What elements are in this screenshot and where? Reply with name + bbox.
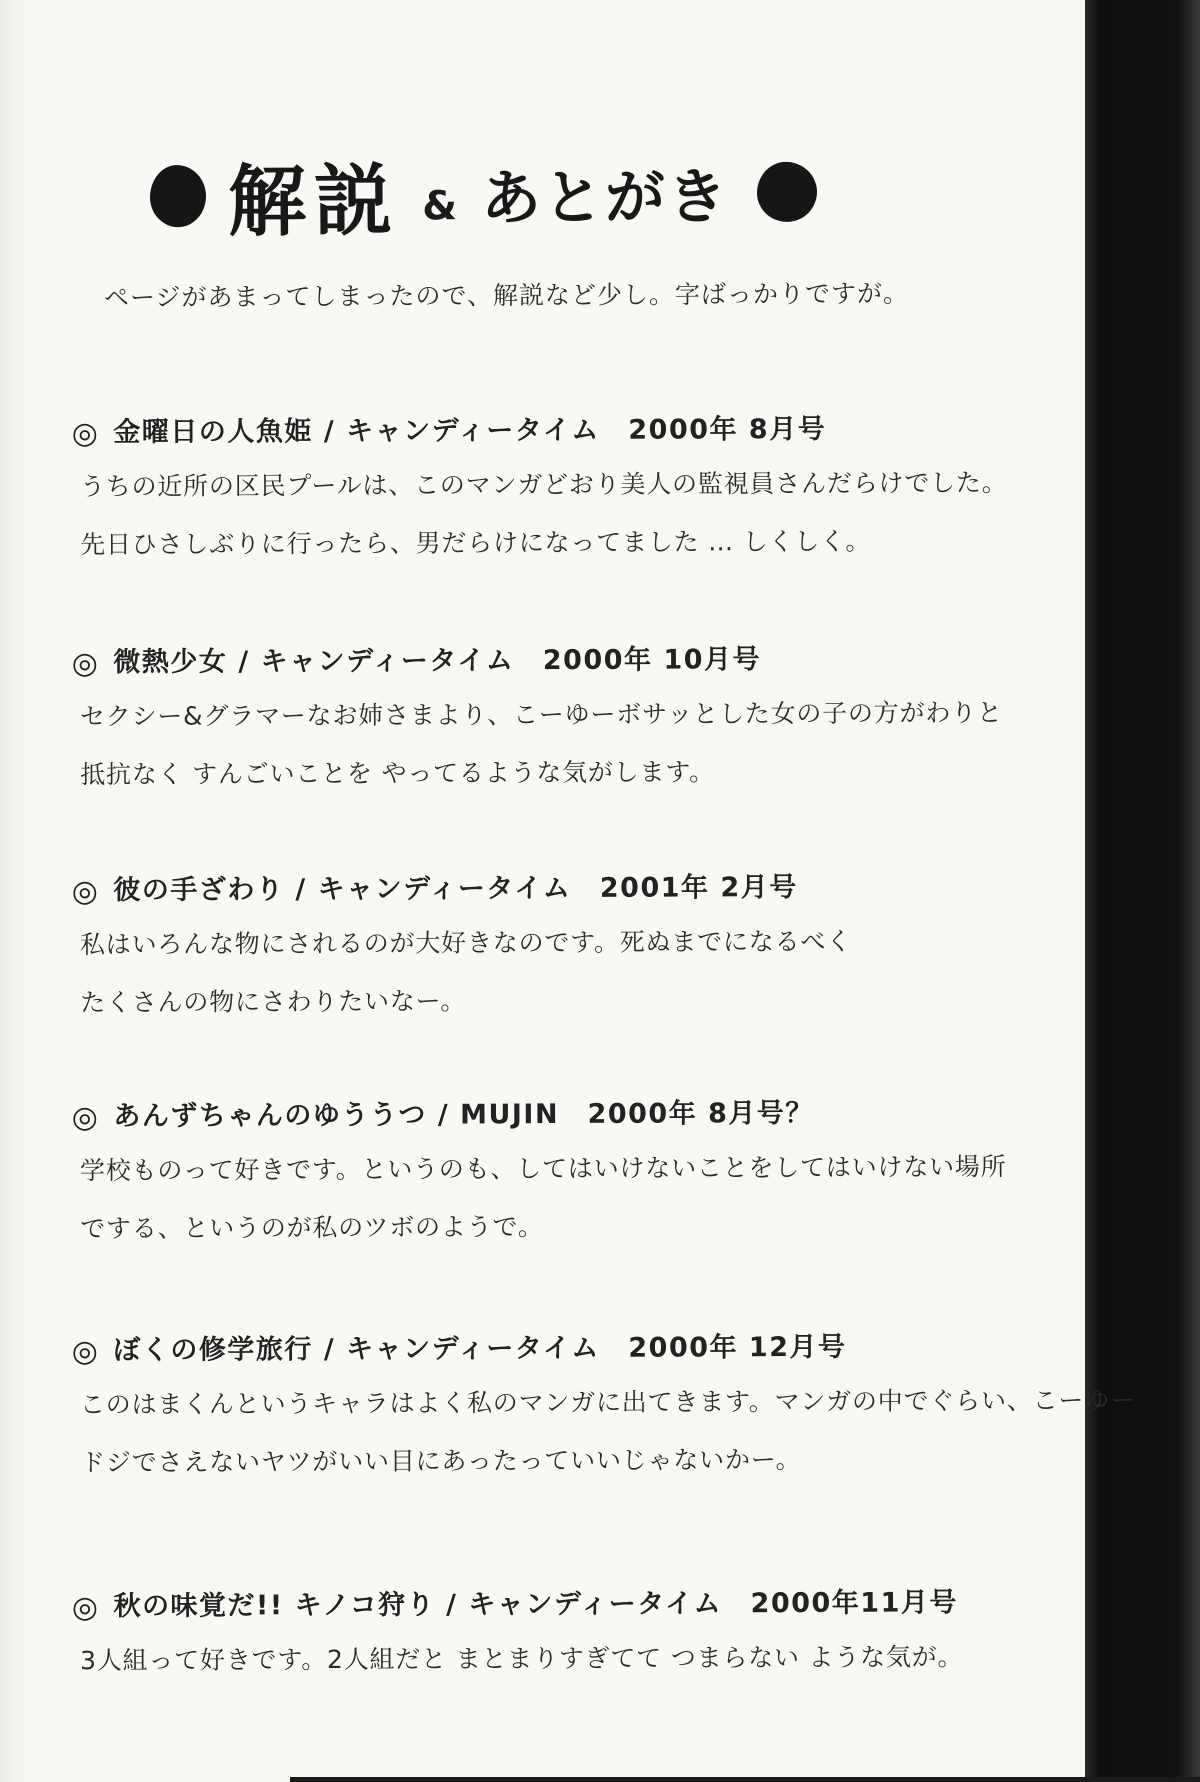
section-body-line: 3人組って好きです。2人組だと まとまりすぎてて つまらない ような気が。 <box>80 1643 1062 1675</box>
section-title: 金曜日の人魚姫 / キャンディータイム 2000年 8月号 <box>113 414 826 448</box>
circle-marker-icon: ◎ <box>72 1100 100 1135</box>
section-body-line: うちの近所の区民プールは、このマンガどおり美人の監視員さんだらけでした。 <box>80 469 1062 501</box>
section-body-line: たくさんの物にさわりたいなー。 <box>80 985 1062 1017</box>
section-heading: ◎ぼくの修学旅行 / キャンディータイム 2000年 12月号 <box>72 1324 1062 1367</box>
section-body-line: 先日ひさしぶりに行ったら、男だらけになってました … しくしく。 <box>80 527 1062 559</box>
section-title: 彼の手ざわり / キャンディータイム 2001年 2月号 <box>113 872 797 906</box>
page-title: 解説 & あとがき <box>150 136 818 253</box>
circle-marker-icon: ◎ <box>72 874 100 909</box>
section-anzu-melancholy: ◎あんずちゃんのゆううつ / MUJIN 2000年 8月号？ 学校ものって好き… <box>72 1090 1063 1273</box>
title-sub-text: あとがき <box>481 149 730 237</box>
title-main-text: 解説 <box>228 139 401 252</box>
section-body-line: 学校ものって好きです。というのも、してはいけないことをしてはいけない場所 <box>80 1153 1062 1185</box>
section-title: あんずちゃんのゆううつ / MUJIN 2000年 8月号？ <box>113 1098 814 1132</box>
section-his-touch: ◎彼の手ざわり / キャンディータイム 2001年 2月号 私はいろんな物にされ… <box>72 864 1063 1047</box>
section-feverish-girl: ◎微熱少女 / キャンディータイム 2000年 10月号 セクシー&グラマーなお… <box>72 636 1063 819</box>
section-heading: ◎微熱少女 / キャンディータイム 2000年 10月号 <box>72 636 1062 679</box>
section-mermaid-princess: ◎金曜日の人魚姫 / キャンディータイム 2000年 8月号 うちの近所の区民プ… <box>72 406 1063 589</box>
section-heading: ◎彼の手ざわり / キャンディータイム 2001年 2月号 <box>72 864 1062 907</box>
section-title: ぼくの修学旅行 / キャンディータイム 2000年 12月号 <box>113 1332 846 1366</box>
section-heading: ◎金曜日の人魚姫 / キャンディータイム 2000年 8月号 <box>72 406 1062 449</box>
section-body-line: ドジでさえないヤツがいい目にあったっていいじゃないかー。 <box>80 1445 1062 1477</box>
section-body-line: 抵抗なく すんごいことを やってるような気がします。 <box>80 757 1062 789</box>
scan-black-edge <box>1085 0 1200 1782</box>
circle-marker-icon: ◎ <box>72 1334 100 1369</box>
section-title: 微熱少女 / キャンディータイム 2000年 10月号 <box>113 644 761 678</box>
circle-marker-icon: ◎ <box>72 416 100 451</box>
section-body-line: セクシー&グラマーなお姉さまより、こーゆーボサッとした女の子の方がわりと <box>80 699 1062 731</box>
section-school-trip: ◎ぼくの修学旅行 / キャンディータイム 2000年 12月号 このはまくんとい… <box>72 1324 1063 1507</box>
section-heading: ◎秋の味覚だ!! キノコ狩り / キャンディータイム 2000年11月号 <box>72 1580 1062 1623</box>
section-body-line: このはまくんというキャラはよく私のマンガに出てきます。マンガの中でぐらい、こーゆ… <box>80 1387 1062 1419</box>
title-dot-right-icon <box>757 162 817 222</box>
circle-marker-icon: ◎ <box>72 1590 100 1625</box>
intro-line: ページがあまってしまったので、解説など少し。字ばっかりですが。 <box>104 274 909 314</box>
section-heading: ◎あんずちゃんのゆううつ / MUJIN 2000年 8月号？ <box>72 1090 1062 1133</box>
section-body-line: でする、というのが私のツボのようで。 <box>80 1211 1062 1243</box>
section-title: 秋の味覚だ!! キノコ狩り / キャンディータイム 2000年11月号 <box>113 1587 957 1622</box>
circle-marker-icon: ◎ <box>72 646 100 681</box>
section-mushroom-hunting: ◎秋の味覚だ!! キノコ狩り / キャンディータイム 2000年11月号 3人組… <box>72 1580 1063 1705</box>
scan-bottom-edge <box>290 1777 1200 1782</box>
scanned-page: 解説 & あとがき ページがあまってしまったので、解説など少し。字ばっかりですが… <box>0 0 1200 1782</box>
title-ampersand: & <box>422 183 457 229</box>
title-dot-left-icon <box>150 165 206 227</box>
section-body-line: 私はいろんな物にされるのが大好きなのです。死ぬまでになるべく <box>80 927 1062 959</box>
